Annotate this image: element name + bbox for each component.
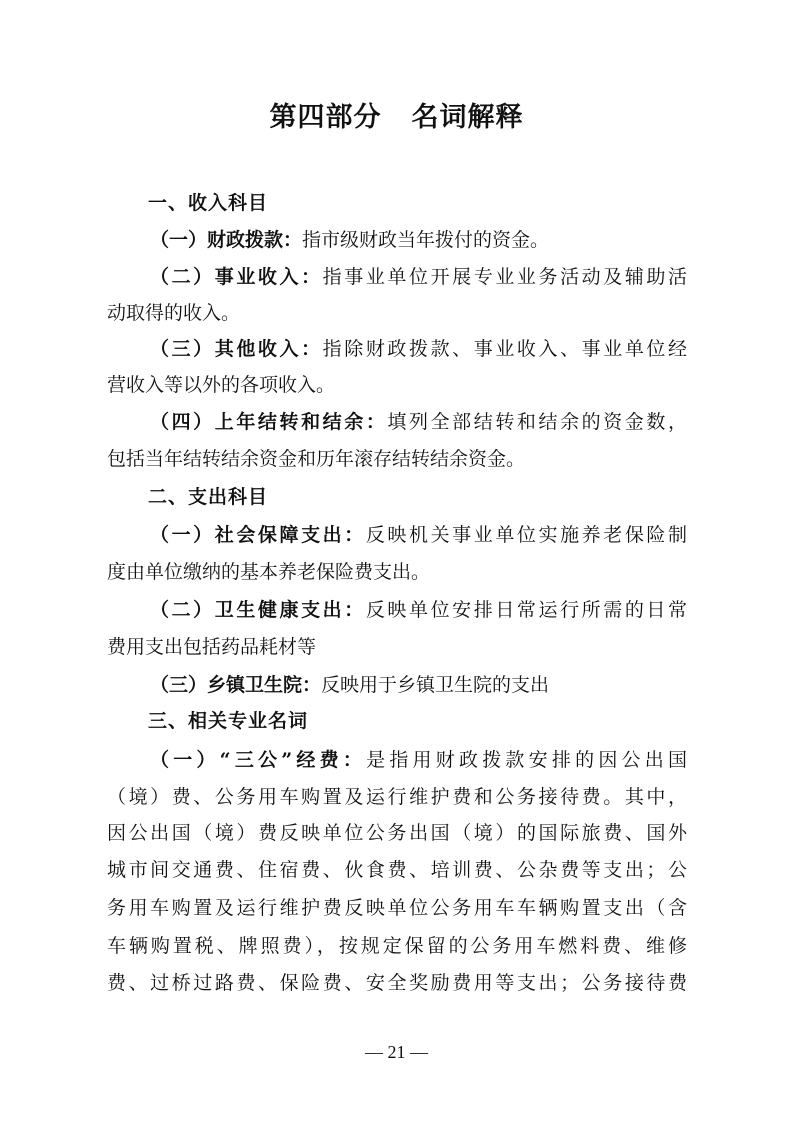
item-text-continued: 城市间交通费、住宿费、伙食费、培训费、公杂费等支出；公 <box>107 855 687 885</box>
item-text-continued: 费用支出包括药品耗材等 <box>107 632 687 662</box>
item-text-continued: 车辆购置税、牌照费），按规定保留的公务用车燃料费、维修 <box>107 931 687 961</box>
section-heading-expenditure: 二、支出科目 <box>148 482 348 512</box>
item-text-continued: 费、过桥过路费、保险费、安全奖励费用等支出；公务接待费 <box>107 968 687 998</box>
item-social-security: （一）社会保障支出：反映机关事业单位实施养老保险制 <box>150 520 687 550</box>
item-text-continued: （境）费、公务用车购置及运行维护费和公务接待费。其中， <box>107 782 687 812</box>
item-text-continued: 因公出国（境）费反映单位公务出国（境）的国际旅费、国外 <box>107 818 687 848</box>
item-text: 是指用财政拨款安排的因公出国 <box>366 749 687 771</box>
item-text: 指除财政拨款、事业收入、事业单位经 <box>323 338 687 360</box>
item-label: （一）财政拨款： <box>150 229 302 251</box>
item-township-health-center: （三）乡镇卫生院：反映用于乡镇卫生院的支出 <box>150 670 687 700</box>
item-text: 反映单位安排日常运行所需的日常 <box>366 599 687 621</box>
item-other-income: （三）其他收入：指除财政拨款、事业收入、事业单位经 <box>150 334 687 364</box>
title-part: 第四部分 <box>270 102 382 133</box>
item-text-continued: 务用车购置及运行维护费反映单位公务用车车辆购置支出（含 <box>107 893 687 923</box>
item-business-income: （二）事业收入：指事业单位开展专业业务活动及辅助活 <box>150 262 687 292</box>
item-label: （三）乡镇卫生院： <box>150 674 321 696</box>
item-text-continued: 动取得的收入。 <box>107 298 687 328</box>
item-fiscal-appropriation: （一）财政拨款：指市级财政当年拨付的资金。 <box>150 225 687 255</box>
item-text-continued: 度由单位缴纳的基本养老保险费支出。 <box>107 557 687 587</box>
item-text: 反映机关事业单位实施养老保险制 <box>366 524 687 546</box>
item-label: （二）卫生健康支出： <box>150 599 366 621</box>
item-health-expenditure: （二）卫生健康支出：反映单位安排日常运行所需的日常 <box>150 595 687 625</box>
item-label: （三）其他收入： <box>150 338 323 360</box>
item-label: （四）上年结转和结余： <box>150 411 387 433</box>
item-text-continued: 营收入等以外的各项收入。 <box>107 370 687 400</box>
item-label: （二）事业收入： <box>150 266 323 288</box>
title-name: 名词解释 <box>412 102 524 133</box>
page-title: 第四部分名词解释 <box>0 100 793 136</box>
item-text: 反映用于乡镇卫生院的支出 <box>321 674 549 696</box>
page-number: — 21 — <box>0 1038 793 1066</box>
item-text: 填列全部结转和结余的资金数， <box>387 411 687 433</box>
item-prior-year-carryover: （四）上年结转和结余：填列全部结转和结余的资金数， <box>150 407 687 437</box>
section-heading-terms: 三、相关专业名词 <box>148 706 368 736</box>
item-text-continued: 包括当年结转结余资金和历年滚存结转结余资金。 <box>107 444 687 474</box>
section-heading-income: 一、收入科目 <box>148 188 348 218</box>
item-three-public-expenses: （一）“三公”经费：是指用财政拨款安排的因公出国 <box>150 745 687 775</box>
item-text: 指事业单位开展专业业务活动及辅助活 <box>323 266 687 288</box>
item-label: （一）社会保障支出： <box>150 524 366 546</box>
item-text: 指市级财政当年拨付的资金。 <box>302 229 549 251</box>
item-label: （一）“三公”经费： <box>150 749 366 771</box>
